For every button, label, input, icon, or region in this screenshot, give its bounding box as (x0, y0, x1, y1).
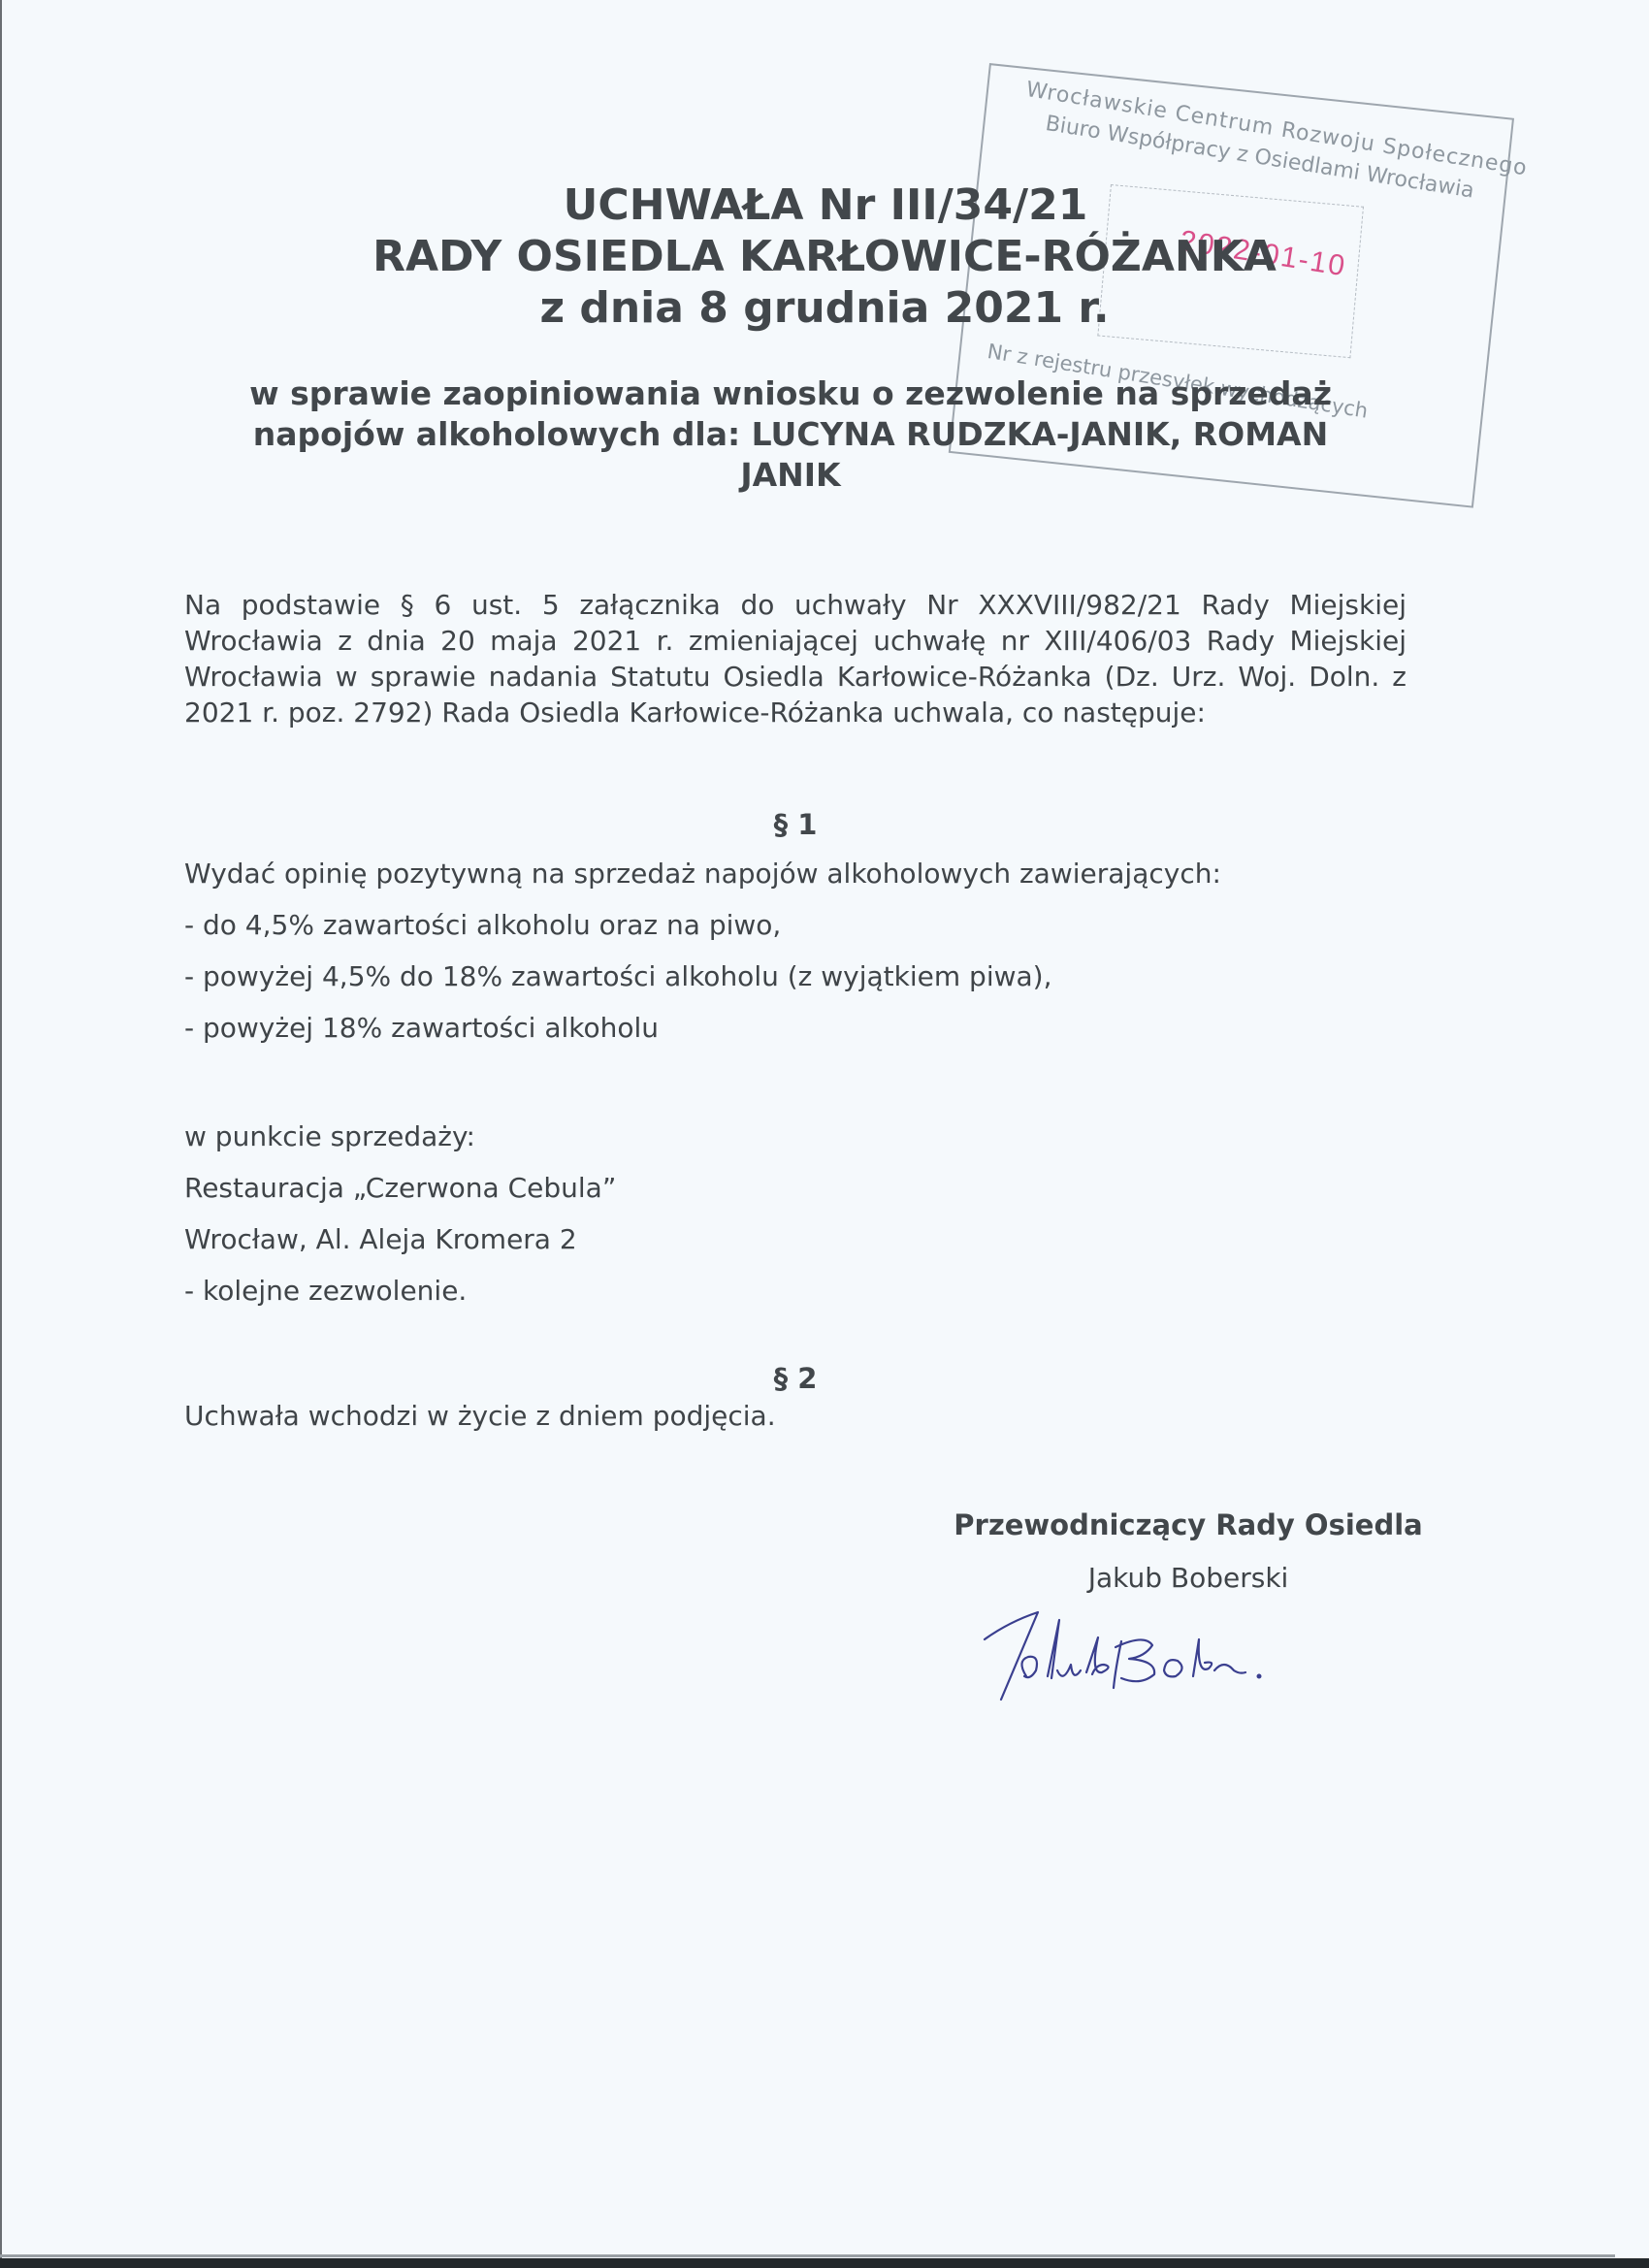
section-1-lead: Wydać opinię pozytywną na sprzedaż napoj… (184, 858, 1221, 890)
title-number: UCHWAŁA Nr III/34/21 (2, 179, 1649, 231)
title-council: RADY OSIEDLA KARŁOWICE-RÓŻANKA (0, 231, 1649, 282)
subject-line: JANIK (184, 455, 1397, 496)
scan-left-edge (0, 0, 2, 2258)
legal-basis-paragraph: Na podstawie § 6 ust. 5 załącznika do uc… (184, 587, 1406, 730)
section-2-mark: § 2 (184, 1362, 1406, 1395)
permit-type: - kolejne zezwolenie. (184, 1275, 467, 1307)
signatory-title: Przewodniczący Rady Osiedla (873, 1508, 1503, 1541)
venue-address: Wrocław, Al. Aleja Kromera 2 (184, 1223, 577, 1255)
section-1-mark: § 1 (184, 808, 1406, 841)
alcohol-category-item: - do 4,5% zawartości alkoholu oraz na pi… (184, 909, 781, 941)
subject-line: napojów alkoholowych dla: LUCYNA RUDZKA-… (184, 414, 1397, 455)
alcohol-category-item: - powyżej 18% zawartości alkoholu (184, 1012, 659, 1044)
title-date: z dnia 8 grudnia 2021 r. (0, 282, 1649, 334)
section-2-text: Uchwała wchodzi w życie z dniem podjęcia… (184, 1400, 776, 1432)
resolution-subject: w sprawie zaopiniowania wniosku o zezwol… (184, 373, 1397, 496)
scan-bottom-line (0, 2254, 1615, 2257)
scan-bottom-strip (0, 2258, 1649, 2268)
point-of-sale-label: w punkcie sprzedaży: (184, 1120, 475, 1152)
subject-line: w sprawie zaopiniowania wniosku o zezwol… (184, 373, 1397, 414)
handwritten-signature (951, 1601, 1377, 1707)
signatory-name: Jakub Boberski (873, 1562, 1503, 1594)
venue-name: Restauracja „Czerwona Cebula” (184, 1172, 616, 1204)
resolution-title: UCHWAŁA Nr III/34/21 RADY OSIEDLA KARŁOW… (0, 179, 1649, 334)
alcohol-category-item: - powyżej 4,5% do 18% zawartości alkohol… (184, 960, 1051, 992)
